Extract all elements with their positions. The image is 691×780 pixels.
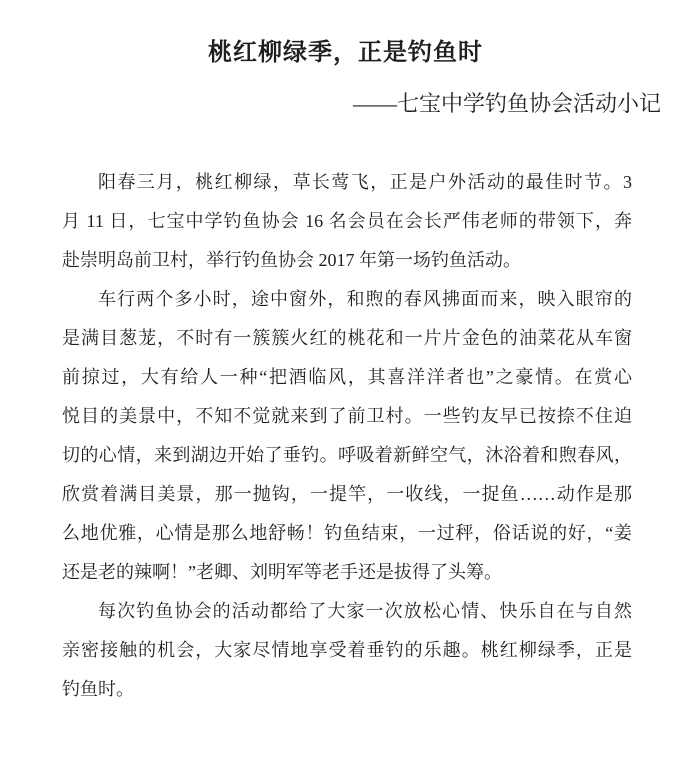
document-page: 桃红柳绿季，正是钓鱼时 ——七宝中学钓鱼协会活动小记 阳春三月，桃红柳绿，草长莺… <box>0 0 691 780</box>
document-title: 桃红柳绿季，正是钓鱼时 <box>0 0 691 70</box>
text-line: 还是老的辣啊！”老卿、刘明军等老手还是拔得了头筹。 <box>62 553 632 592</box>
text-line: 阳春三月，桃红柳绿，草长莺飞，正是户外活动的最佳时节。3 <box>62 163 632 202</box>
text-line: 欣赏着满目美景，那一抛钩，一提竿，一收线，一捉鱼……动作是那 <box>62 475 632 514</box>
text-line: 悦目的美景中，不知不觉就来到了前卫村。一些钓友早已按捺不住迫 <box>62 397 632 436</box>
text-line: 切的心情，来到湖边开始了垂钓。呼吸着新鲜空气，沐浴着和煦春风， <box>62 436 632 475</box>
text-line: 前掠过，大有给人一种“把酒临风，其喜洋洋者也”之豪情。在赏心 <box>62 358 632 397</box>
text-line: 每次钓鱼协会的活动都给了大家一次放松心情、快乐自在与自然 <box>62 592 632 631</box>
text-line: 车行两个多小时，途中窗外，和煦的春风拂面而来，映入眼帘的 <box>62 280 632 319</box>
text-line: 亲密接触的机会，大家尽情地享受着垂钓的乐趣。桃红柳绿季，正是 <box>62 631 632 670</box>
paragraph: 阳春三月，桃红柳绿，草长莺飞，正是户外活动的最佳时节。3 月 11 日，七宝中学… <box>62 163 632 280</box>
paragraph: 车行两个多小时，途中窗外，和煦的春风拂面而来，映入眼帘的 是满目葱茏，不时有一簇… <box>62 280 632 592</box>
text-line: 赴崇明岛前卫村，举行钓鱼协会 2017 年第一场钓鱼活动。 <box>62 241 632 280</box>
text-line: 是满目葱茏，不时有一簇簇火红的桃花和一片片金色的油菜花从车窗 <box>62 319 632 358</box>
document-subtitle: ——七宝中学钓鱼协会活动小记 <box>0 90 691 118</box>
document-body: 阳春三月，桃红柳绿，草长莺飞，正是户外活动的最佳时节。3 月 11 日，七宝中学… <box>62 163 632 709</box>
text-line: 钓鱼时。 <box>62 670 632 709</box>
paragraph: 每次钓鱼协会的活动都给了大家一次放松心情、快乐自在与自然 亲密接触的机会，大家尽… <box>62 592 632 709</box>
text-line: 月 11 日，七宝中学钓鱼协会 16 名会员在会长严伟老师的带领下，奔 <box>62 202 632 241</box>
text-line: 么地优雅，心情是那么地舒畅！钓鱼结束，一过秤，俗话说的好，“姜 <box>62 514 632 553</box>
